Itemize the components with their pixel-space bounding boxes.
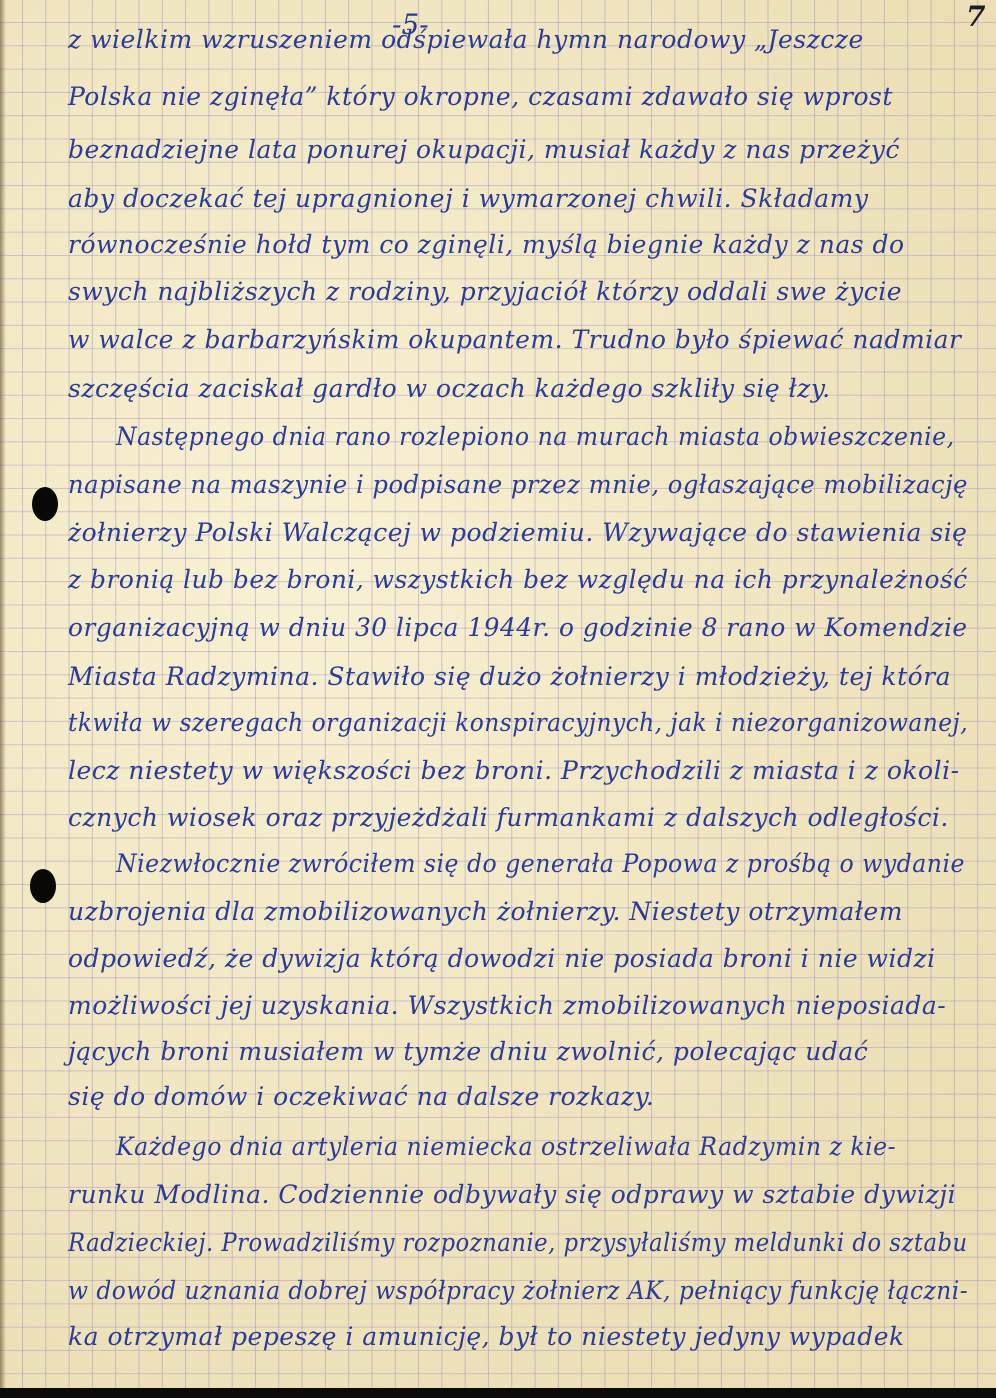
text-line: z bronią lub bez broni, wszystkich bez w…: [68, 565, 964, 594]
paragraph-start-line: Niezwłocznie zwróciłem się do generała P…: [116, 849, 966, 878]
text-line: swych najbliższych z rodziny, przyjaciół…: [68, 277, 968, 306]
handwritten-document-page: -5- 7 z wielkim wzruszeniem odśpiewała h…: [0, 0, 996, 1388]
paragraph-start-line: Następnego dnia rano rozlepiono na murac…: [116, 422, 966, 451]
text-line: równocześnie hołd tym co zginęli, myślą …: [68, 230, 968, 259]
text-line: ka otrzymał pepeszę i amunicję, był to n…: [68, 1322, 968, 1351]
text-line: cznych wiosek oraz przyjeżdżali furmanka…: [68, 803, 968, 832]
text-line: żołnierzy Polski Walczącej w podziemiu. …: [68, 518, 968, 547]
scan-bottom-edge: [0, 1388, 996, 1398]
punch-hole: [30, 869, 56, 903]
text-line: odpowiedź, że dywizja którą dowodzi nie …: [68, 944, 968, 973]
text-line: szczęścia zaciskał gardło w oczach każde…: [68, 374, 968, 403]
punch-hole: [32, 487, 58, 521]
text-line: beznadziejne lata ponurej okupacji, musi…: [68, 135, 968, 164]
text-line: z wielkim wzruszeniem odśpiewała hymn na…: [68, 25, 968, 54]
text-line: jących broni musiałem w tymże dniu zwoln…: [68, 1037, 968, 1066]
text-line: Polska nie zginęła” który okropne, czasa…: [68, 82, 968, 111]
text-line: możliwości jej uzyskania. Wszystkich zmo…: [68, 991, 968, 1020]
paragraph-start-line: Każdego dnia artyleria niemiecka ostrzel…: [116, 1132, 966, 1161]
text-line: Radzieckiej. Prowadziliśmy rozpoznanie, …: [68, 1228, 888, 1257]
text-line: napisane na maszynie i podpisane przez m…: [68, 470, 942, 499]
text-line: aby doczekać tej upragnionej i wymarzone…: [68, 184, 968, 213]
text-line: runku Modlina. Codziennie odbywały się o…: [68, 1180, 968, 1209]
text-line: organizacyjną w dniu 30 lipca 1944r. o g…: [68, 613, 962, 642]
text-line: się do domów i oczekiwać na dalsze rozka…: [68, 1082, 968, 1111]
text-line: tkwiła w szeregach organizacji konspirac…: [68, 708, 908, 737]
text-line: uzbrojenia dla zmobilizowanych żołnierzy…: [68, 897, 968, 926]
archive-folio-number: 7: [966, 0, 985, 33]
text-line: Miasta Radzymina. Stawiło się dużo żołni…: [68, 662, 968, 691]
text-line: w walce z barbarzyńskim okupantem. Trudn…: [68, 325, 968, 354]
text-line: lecz niestety w większości bez broni. Pr…: [68, 756, 968, 785]
text-line: w dowód uznania dobrej współpracy żołnie…: [68, 1276, 908, 1305]
